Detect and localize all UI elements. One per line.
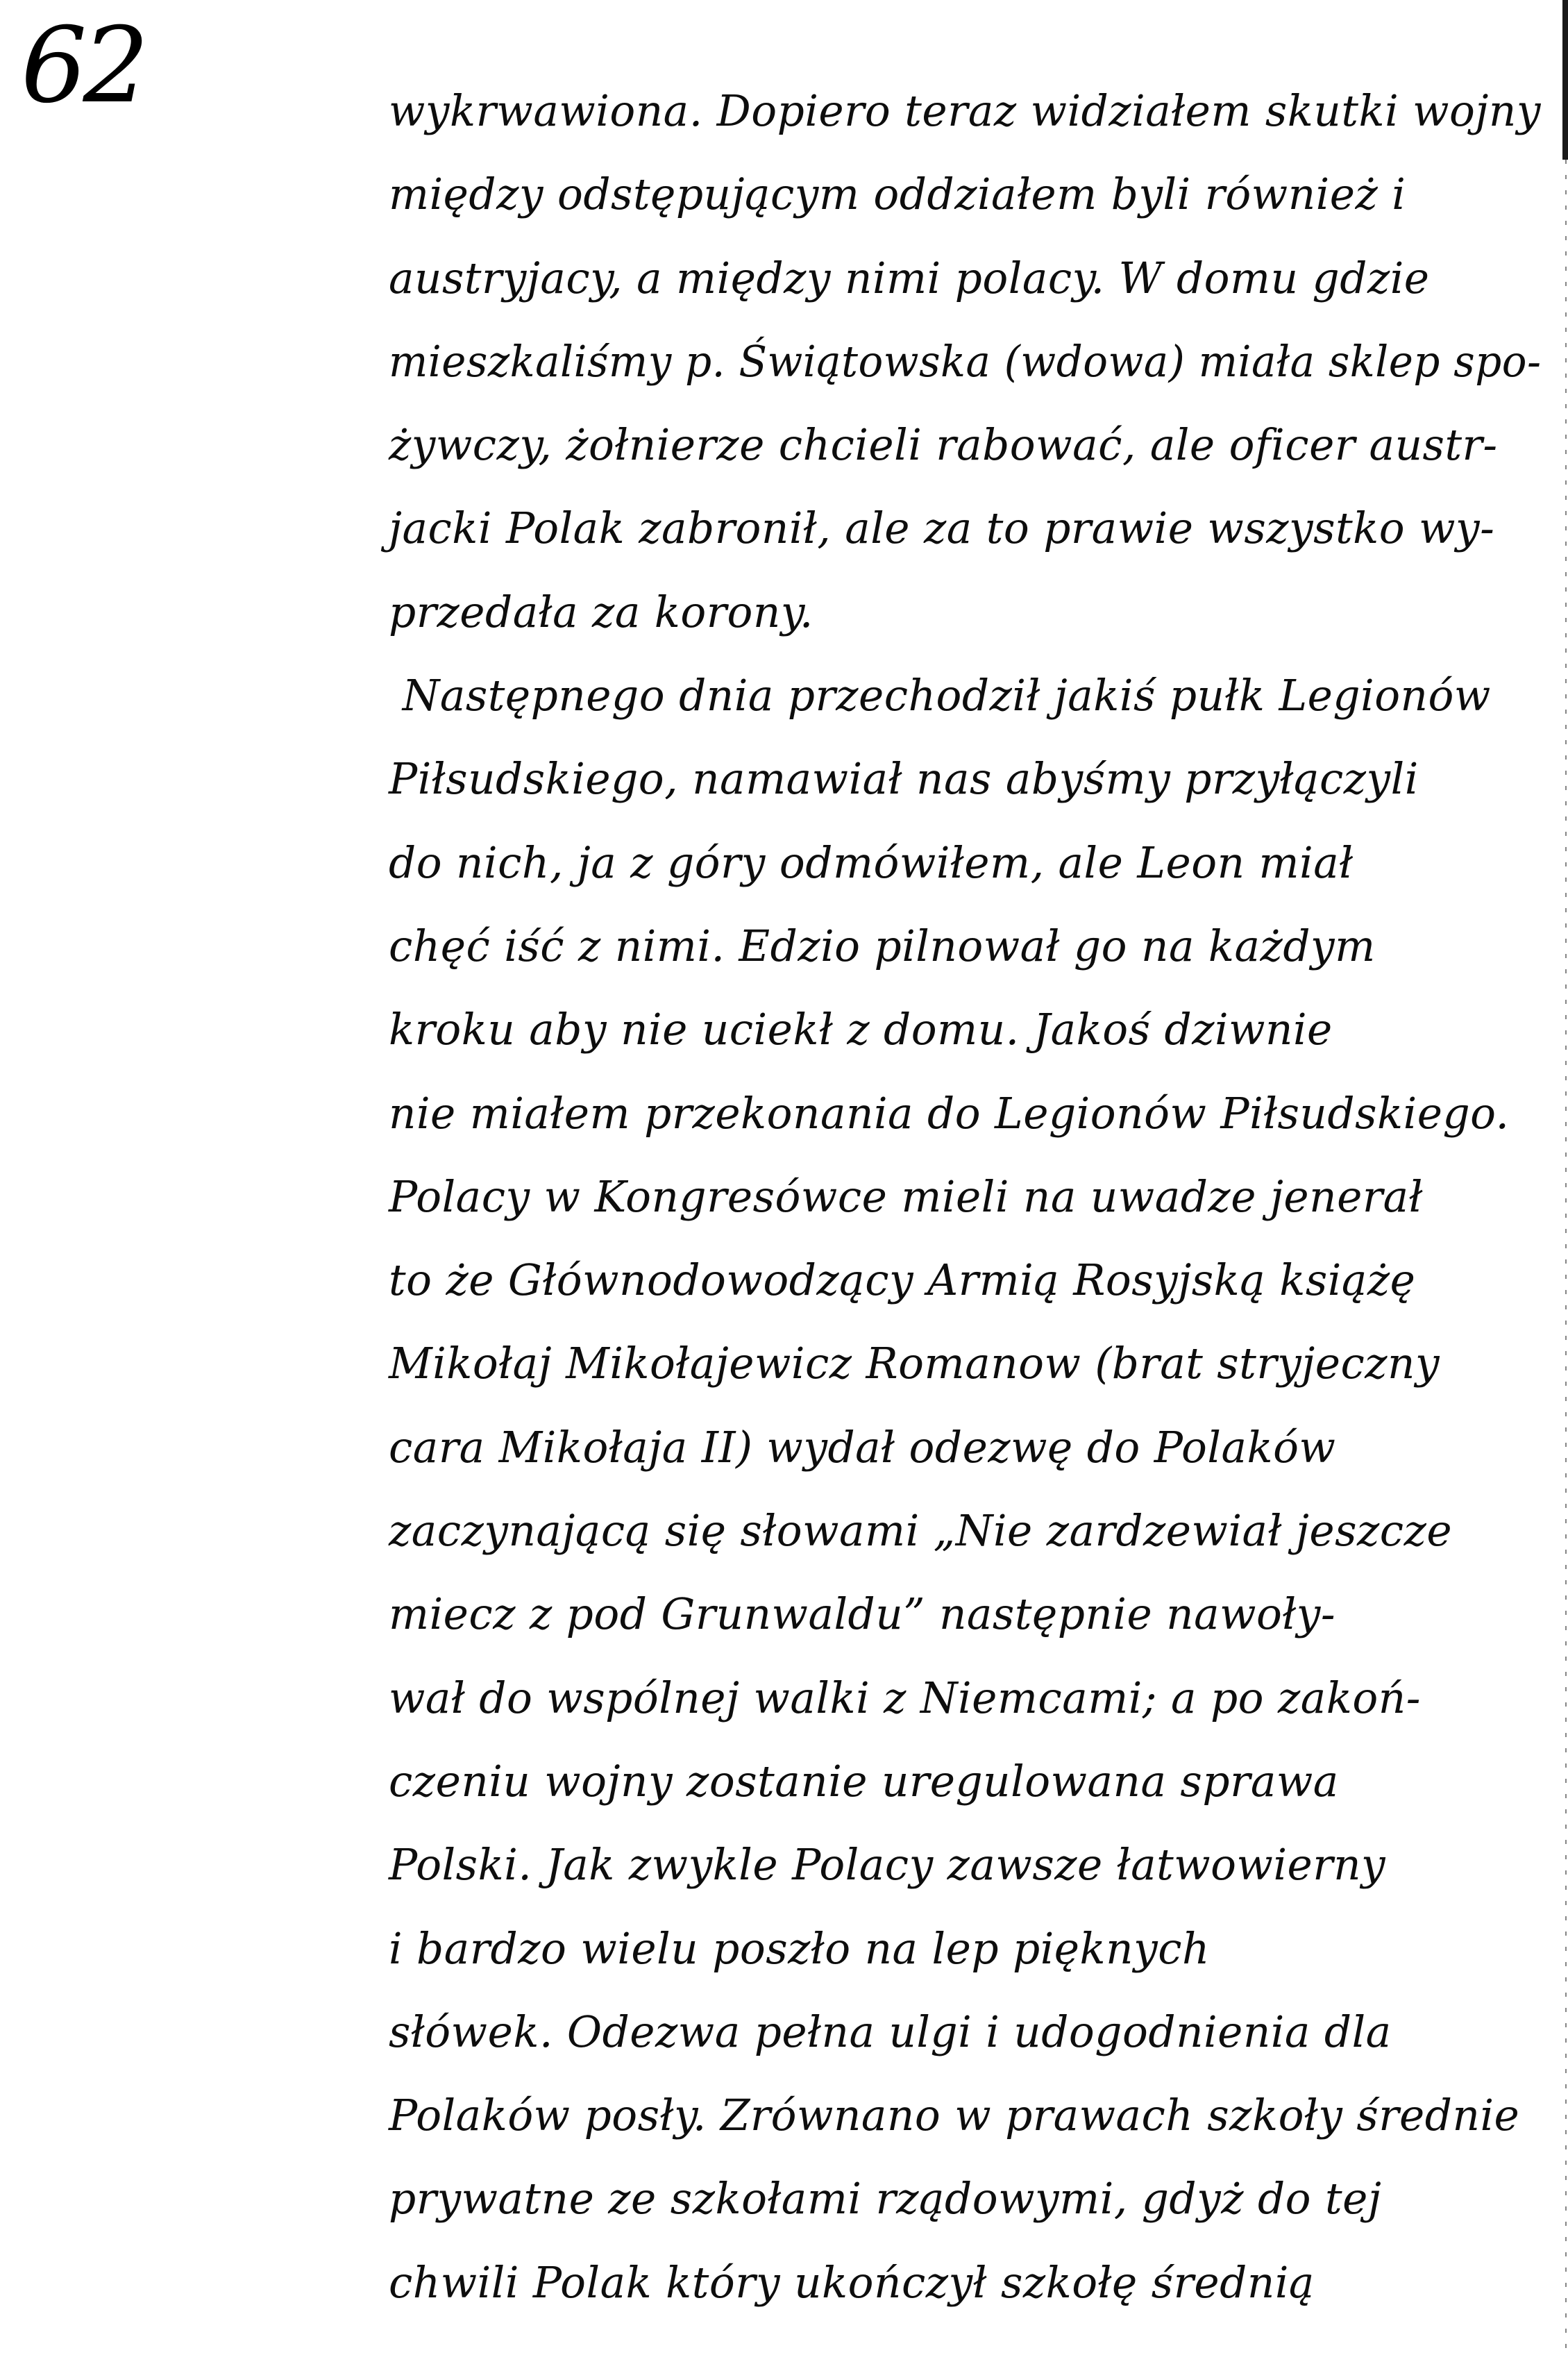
text-line: to że Głównodowodzący Armią Rosyjską ksi… [389, 1239, 1541, 1322]
page-number: 62 [21, 14, 145, 118]
manuscript-page: 62 wykrwawiona. Dopiero teraz widziałem … [0, 0, 1568, 2355]
text-line: do nich, ja z góry odmówiłem, ale Leon m… [389, 821, 1541, 905]
text-line: cara Mikołaja II) wydał odezwę do Polakó… [389, 1406, 1541, 1489]
text-line: nie miałem przekonania do Legionów Piłsu… [389, 1072, 1541, 1155]
scan-edge-border [1562, 0, 1568, 160]
text-line: zaczynającą się słowami „Nie zardzewiał … [389, 1489, 1541, 1573]
text-line: przedała za korony. [389, 571, 1541, 654]
scan-edge-border-lower [1565, 160, 1567, 2355]
text-line-paragraph-start: Następnego dnia przechodził jakiś pułk L… [389, 654, 1541, 737]
text-line: i bardzo wielu poszło na lep pięknych [389, 1907, 1541, 1991]
text-line: Mikołaj Mikołajewicz Romanow (brat stryj… [389, 1322, 1541, 1405]
text-line: wał do wspólnej walki z Niemcami; a po z… [389, 1657, 1541, 1740]
text-line: jacki Polak zabronił, ale za to prawie w… [389, 487, 1541, 570]
text-line: Piłsudskiego, namawiał nas abyśmy przyłą… [389, 737, 1541, 821]
text-line: Polski. Jak zwykle Polacy zawsze łatwowi… [389, 1823, 1541, 1906]
text-line: austryjacy, a między nimi polacy. W domu… [389, 237, 1541, 320]
text-line: słówek. Odezwa pełna ulgi i udogodnienia… [389, 1991, 1541, 2074]
text-line: żywczy, żołnierze chcieli rabować, ale o… [389, 403, 1541, 487]
text-line: Polacy w Kongresówce mieli na uwadze jen… [389, 1155, 1541, 1239]
text-line: miecz z pod Grunwaldu” następnie nawoły- [389, 1573, 1541, 1656]
text-line: między odstępującym oddziałem byli równi… [389, 153, 1541, 236]
text-line: mieszkaliśmy p. Świątowska (wdowa) miała… [389, 320, 1506, 403]
text-line: Polaków posły. Zrównano w prawach szkoły… [389, 2074, 1541, 2157]
handwritten-text-body: wykrwawiona. Dopiero teraz widziałem sku… [389, 69, 1555, 2324]
text-line: wykrwawiona. Dopiero teraz widziałem sku… [389, 69, 1541, 153]
text-line: chęć iść z nimi. Edzio pilnował go na ka… [389, 905, 1541, 988]
text-line: kroku aby nie uciekł z domu. Jakoś dziwn… [389, 988, 1541, 1071]
text-line: czeniu wojny zostanie uregulowana sprawa [389, 1740, 1541, 1823]
text-line: prywatne ze szkołami rządowymi, gdyż do … [389, 2157, 1541, 2240]
text-line: chwili Polak który ukończył szkołę średn… [389, 2241, 1541, 2324]
